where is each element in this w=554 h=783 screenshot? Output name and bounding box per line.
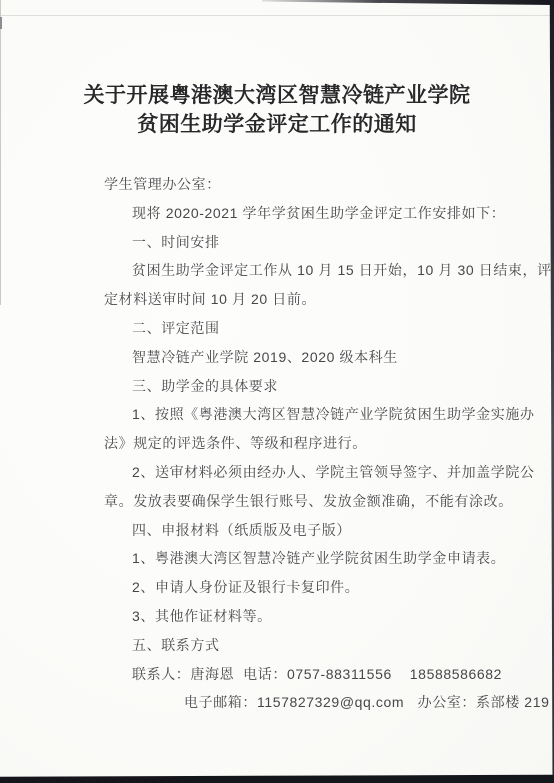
scope-line: 智慧冷链产业学院 2019、2020 级本科生 [104,343,504,372]
material-3-line: 3、其他作证材料等。 [104,602,504,631]
scanned-page: 关于开展粤港澳大湾区智慧冷链产业学院 贫困生助学金评定工作的通知 学生管理办公室… [0,0,554,783]
material-2-line: 2、申请人身份证及银行卡复印件。 [104,573,504,602]
scanner-top-right-edge [262,0,554,5]
time-schedule-line-2: 定材料送审时间 10 月 20 日前。 [104,285,504,314]
requirement-2-line-1: 2、送审材料必须由经办人、学院主管领导签字、并加盖学院公 [104,458,504,487]
section-5-heading-line: 五、联系方式 [104,631,504,660]
notice-body: 学生管理办公室： 现将 2020-2021 学年学贫困生助学金评定工作安排如下：… [104,170,504,717]
notice-title-line-2: 贫困生助学金评定工作的通知 [0,110,554,139]
scanner-bottom-edge [0,774,554,783]
time-schedule-line-1: 贫困生助学金评定工作从 10 月 15 日开始，10 月 30 日结束，评 [104,256,504,285]
section-1-heading-line: 一、时间安排 [104,228,504,257]
page-left-edge-line [0,0,1,305]
page-left-edge-mark [0,17,2,29]
section-2-heading-line: 二、评定范围 [104,314,504,343]
contact-person-line: 联系人：唐海恩 电话：0757-88311556 18588586682 [104,660,504,689]
material-1-line: 1、粤港澳大湾区智慧冷链产业学院贫困生助学金申请表。 [104,544,504,573]
requirement-1-line-1: 1、按照《粤港澳大湾区智慧冷链产业学院贫困生助学金实施办 [104,400,504,429]
notice-title-line-1: 关于开展粤港澳大湾区智慧冷链产业学院 [0,81,554,110]
notice-title: 关于开展粤港澳大湾区智慧冷链产业学院 贫困生助学金评定工作的通知 [0,81,554,139]
page-top-edge-line [0,15,554,16]
requirement-2-line-2: 章。发放表要确保学生银行账号、发放金额准确，不能有涂改。 [104,487,504,516]
intro-line: 现将 2020-2021 学年学贫困生助学金评定工作安排如下： [104,199,504,228]
requirement-1-line-2: 法》规定的评选条件、等级和程序进行。 [104,429,504,458]
salutation-line: 学生管理办公室： [104,170,504,199]
section-3-heading-line: 三、助学金的具体要求 [104,372,504,401]
contact-email-line: 电子邮箱：1157827329@qq.com 办公室：系部楼 219 [104,688,504,717]
section-4-heading-line: 四、申报材料（纸质版及电子版） [104,516,504,545]
